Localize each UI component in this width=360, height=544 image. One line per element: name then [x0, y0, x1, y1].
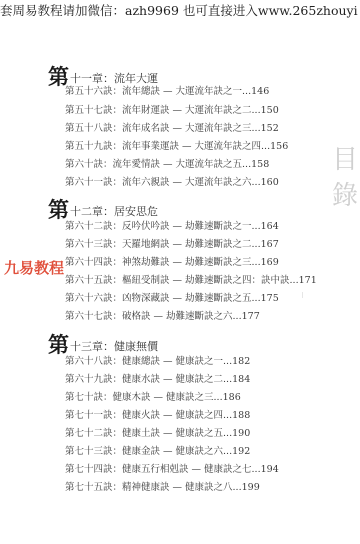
toc-entry[interactable]: 第七十訣：健康木訣 — 健康訣之三...186 [65, 392, 241, 404]
chapter-heading: 第 十二章：居安思危 [48, 199, 158, 221]
toc-entry[interactable]: 第五十九訣：流年事業運訣 — 大運流年訣之四...156 [65, 141, 288, 153]
toc-entry[interactable]: 第六十二訣：反吟伏吟訣 — 劫難速斷訣之一...164 [65, 221, 279, 233]
toc-entry[interactable]: 第六十一訣：流年六親訣 — 大運流年訣之六...160 [65, 177, 279, 189]
chapter-title: 十三章：健康無價 [70, 340, 158, 356]
chapter-title: 十二章：居安思危 [70, 205, 158, 221]
scan-speck [302, 292, 303, 298]
toc-entry[interactable]: 第六十六訣：凶物深藏訣 — 劫難速斷訣之五...175 [65, 293, 279, 305]
toc-entry[interactable]: 第六十三訣：天羅地網訣 — 劫難速斷訣之二...167 [65, 239, 279, 251]
toc-entry[interactable]: 第五十八訣：流年成名訣 — 大運流年訣之三...152 [65, 123, 279, 135]
chapter-prefix: 第 [48, 66, 69, 88]
chapter-prefix: 第 [48, 334, 69, 356]
chapter-prefix: 第 [48, 199, 69, 221]
toc-entry[interactable]: 第七十五訣：精神健康訣 — 健康訣之八...199 [65, 482, 260, 494]
toc-entry[interactable]: 第五十六訣：流年總訣 — 大運流年訣之一...146 [65, 86, 269, 98]
toc-entry[interactable]: 第七十三訣：健康金訣 — 健康訣之六...192 [65, 446, 250, 458]
toc-entry[interactable]: 第六十訣：流年愛情訣 — 大運流年訣之五...158 [65, 159, 269, 171]
chapter-heading: 第 十三章：健康無價 [48, 334, 158, 356]
toc-entry[interactable]: 第六十八訣：健康總訣 — 健康訣之一...182 [65, 356, 250, 368]
toc-entry[interactable]: 第六十四訣：神煞劫難訣 — 劫難速斷訣之三...169 [65, 257, 279, 269]
toc-entry[interactable]: 第六十七訣：破格訣 — 劫難速斷訣之六...177 [65, 311, 260, 323]
side-title-char-2: 錄 [331, 178, 359, 214]
watermark-banner: 套周易教程请加微信：azh9969 也可直接进入www.265zhouyi [0, 3, 360, 19]
toc-entry[interactable]: 第七十四訣：健康五行相剋訣 — 健康訣之七...194 [65, 464, 279, 476]
side-title-contents: 目 錄 [331, 142, 359, 214]
side-title-char-1: 目 [331, 142, 359, 178]
chapter-11: 第 十一章：流年大運 [48, 66, 158, 88]
toc-entry[interactable]: 第六十五訣：樞紐受制訣 — 劫難速斷訣之四：訣中訣...171 [65, 275, 317, 287]
chapter-12: 第 十二章：居安思危 [48, 199, 158, 221]
chapter-heading: 第 十一章：流年大運 [48, 66, 158, 88]
toc-entry[interactable]: 第七十一訣：健康火訣 — 健康訣之四...188 [65, 410, 250, 422]
watermark-logo: 九易教程 [4, 259, 64, 277]
toc-entry[interactable]: 第六十九訣：健康水訣 — 健康訣之二...184 [65, 374, 250, 386]
toc-entry[interactable]: 第七十二訣：健康土訣 — 健康訣之五...190 [65, 428, 250, 440]
toc-entry[interactable]: 第五十七訣：流年財運訣 — 大運流年訣之二...150 [65, 105, 279, 117]
chapter-13: 第 十三章：健康無價 [48, 334, 158, 356]
